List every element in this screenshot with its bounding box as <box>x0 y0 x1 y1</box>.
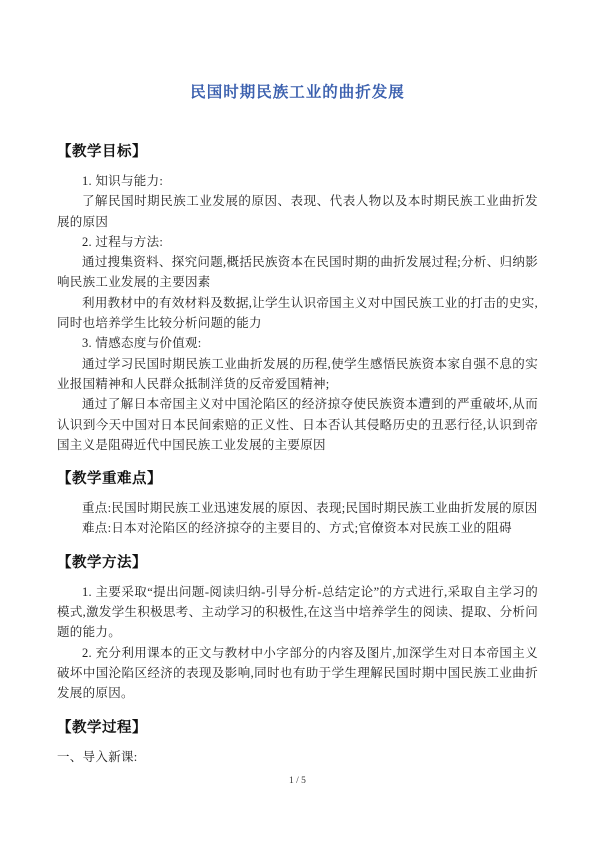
objective-paragraph: 了解民国时期民族工业发展的原因、表现、代表人物以及本时期民族工业曲折发展的原因 <box>57 191 538 232</box>
method-paragraph: 2. 充分利用课本的正文与教材中小字部分的内容及图片,加深学生对日本帝国主义破坏… <box>57 643 538 704</box>
section-heading-key-difficult-points: 【教学重难点】 <box>57 467 538 488</box>
difficult-point-line: 难点:日本对沦陷区的经济掠夺的主要目的、方式;官僚资本对民族工业的阻碍 <box>57 518 538 538</box>
section-heading-teaching-objectives: 【教学目标】 <box>57 140 538 161</box>
method-paragraph: 1. 主要采取“提出问题-阅读归纳-引导分析-总结定论”的方式进行,采取自主学习… <box>57 582 538 643</box>
objective-paragraph: 利用教材中的有效材料及数据,让学生认识帝国主义对中国民族工业的打击的史实,同时也… <box>57 293 538 334</box>
section-heading-teaching-process: 【教学过程】 <box>57 716 538 737</box>
objective-subhead-knowledge-ability: 1. 知识与能力: <box>57 171 538 191</box>
objective-paragraph: 通过学习民国时期民族工业曲折发展的历程,使学生感悟民族资本家自强不息的实业报国精… <box>57 354 538 395</box>
lead-in-new-lesson-line: 一、导入新课: <box>57 747 538 767</box>
page-number-indicator: 1 / 5 <box>0 776 595 786</box>
section-heading-teaching-methods: 【教学方法】 <box>57 551 538 572</box>
objective-paragraph: 通过了解日本帝国主义对中国沦陷区的经济掠夺使民族资本遭到的严重破坏,从而认识到今… <box>57 394 538 455</box>
objective-subhead-process-method: 2. 过程与方法: <box>57 232 538 252</box>
document-content: 民国时期民族工业的曲折发展 【教学目标】 1. 知识与能力: 了解民国时期民族工… <box>0 0 595 767</box>
objective-subhead-emotion-values: 3. 情感态度与价值观: <box>57 333 538 353</box>
key-point-line: 重点:民国时期民族工业迅速发展的原因、表现;民国时期民族工业曲折发展的原因 <box>57 498 538 518</box>
document-title: 民国时期民族工业的曲折发展 <box>57 80 538 102</box>
document-page: 民国时期民族工业的曲折发展 【教学目标】 1. 知识与能力: 了解民国时期民族工… <box>0 0 595 841</box>
objective-paragraph: 通过搜集资料、探究问题,概括民族资本在民国时期的曲折发展过程;分析、归纳影响民族… <box>57 252 538 293</box>
